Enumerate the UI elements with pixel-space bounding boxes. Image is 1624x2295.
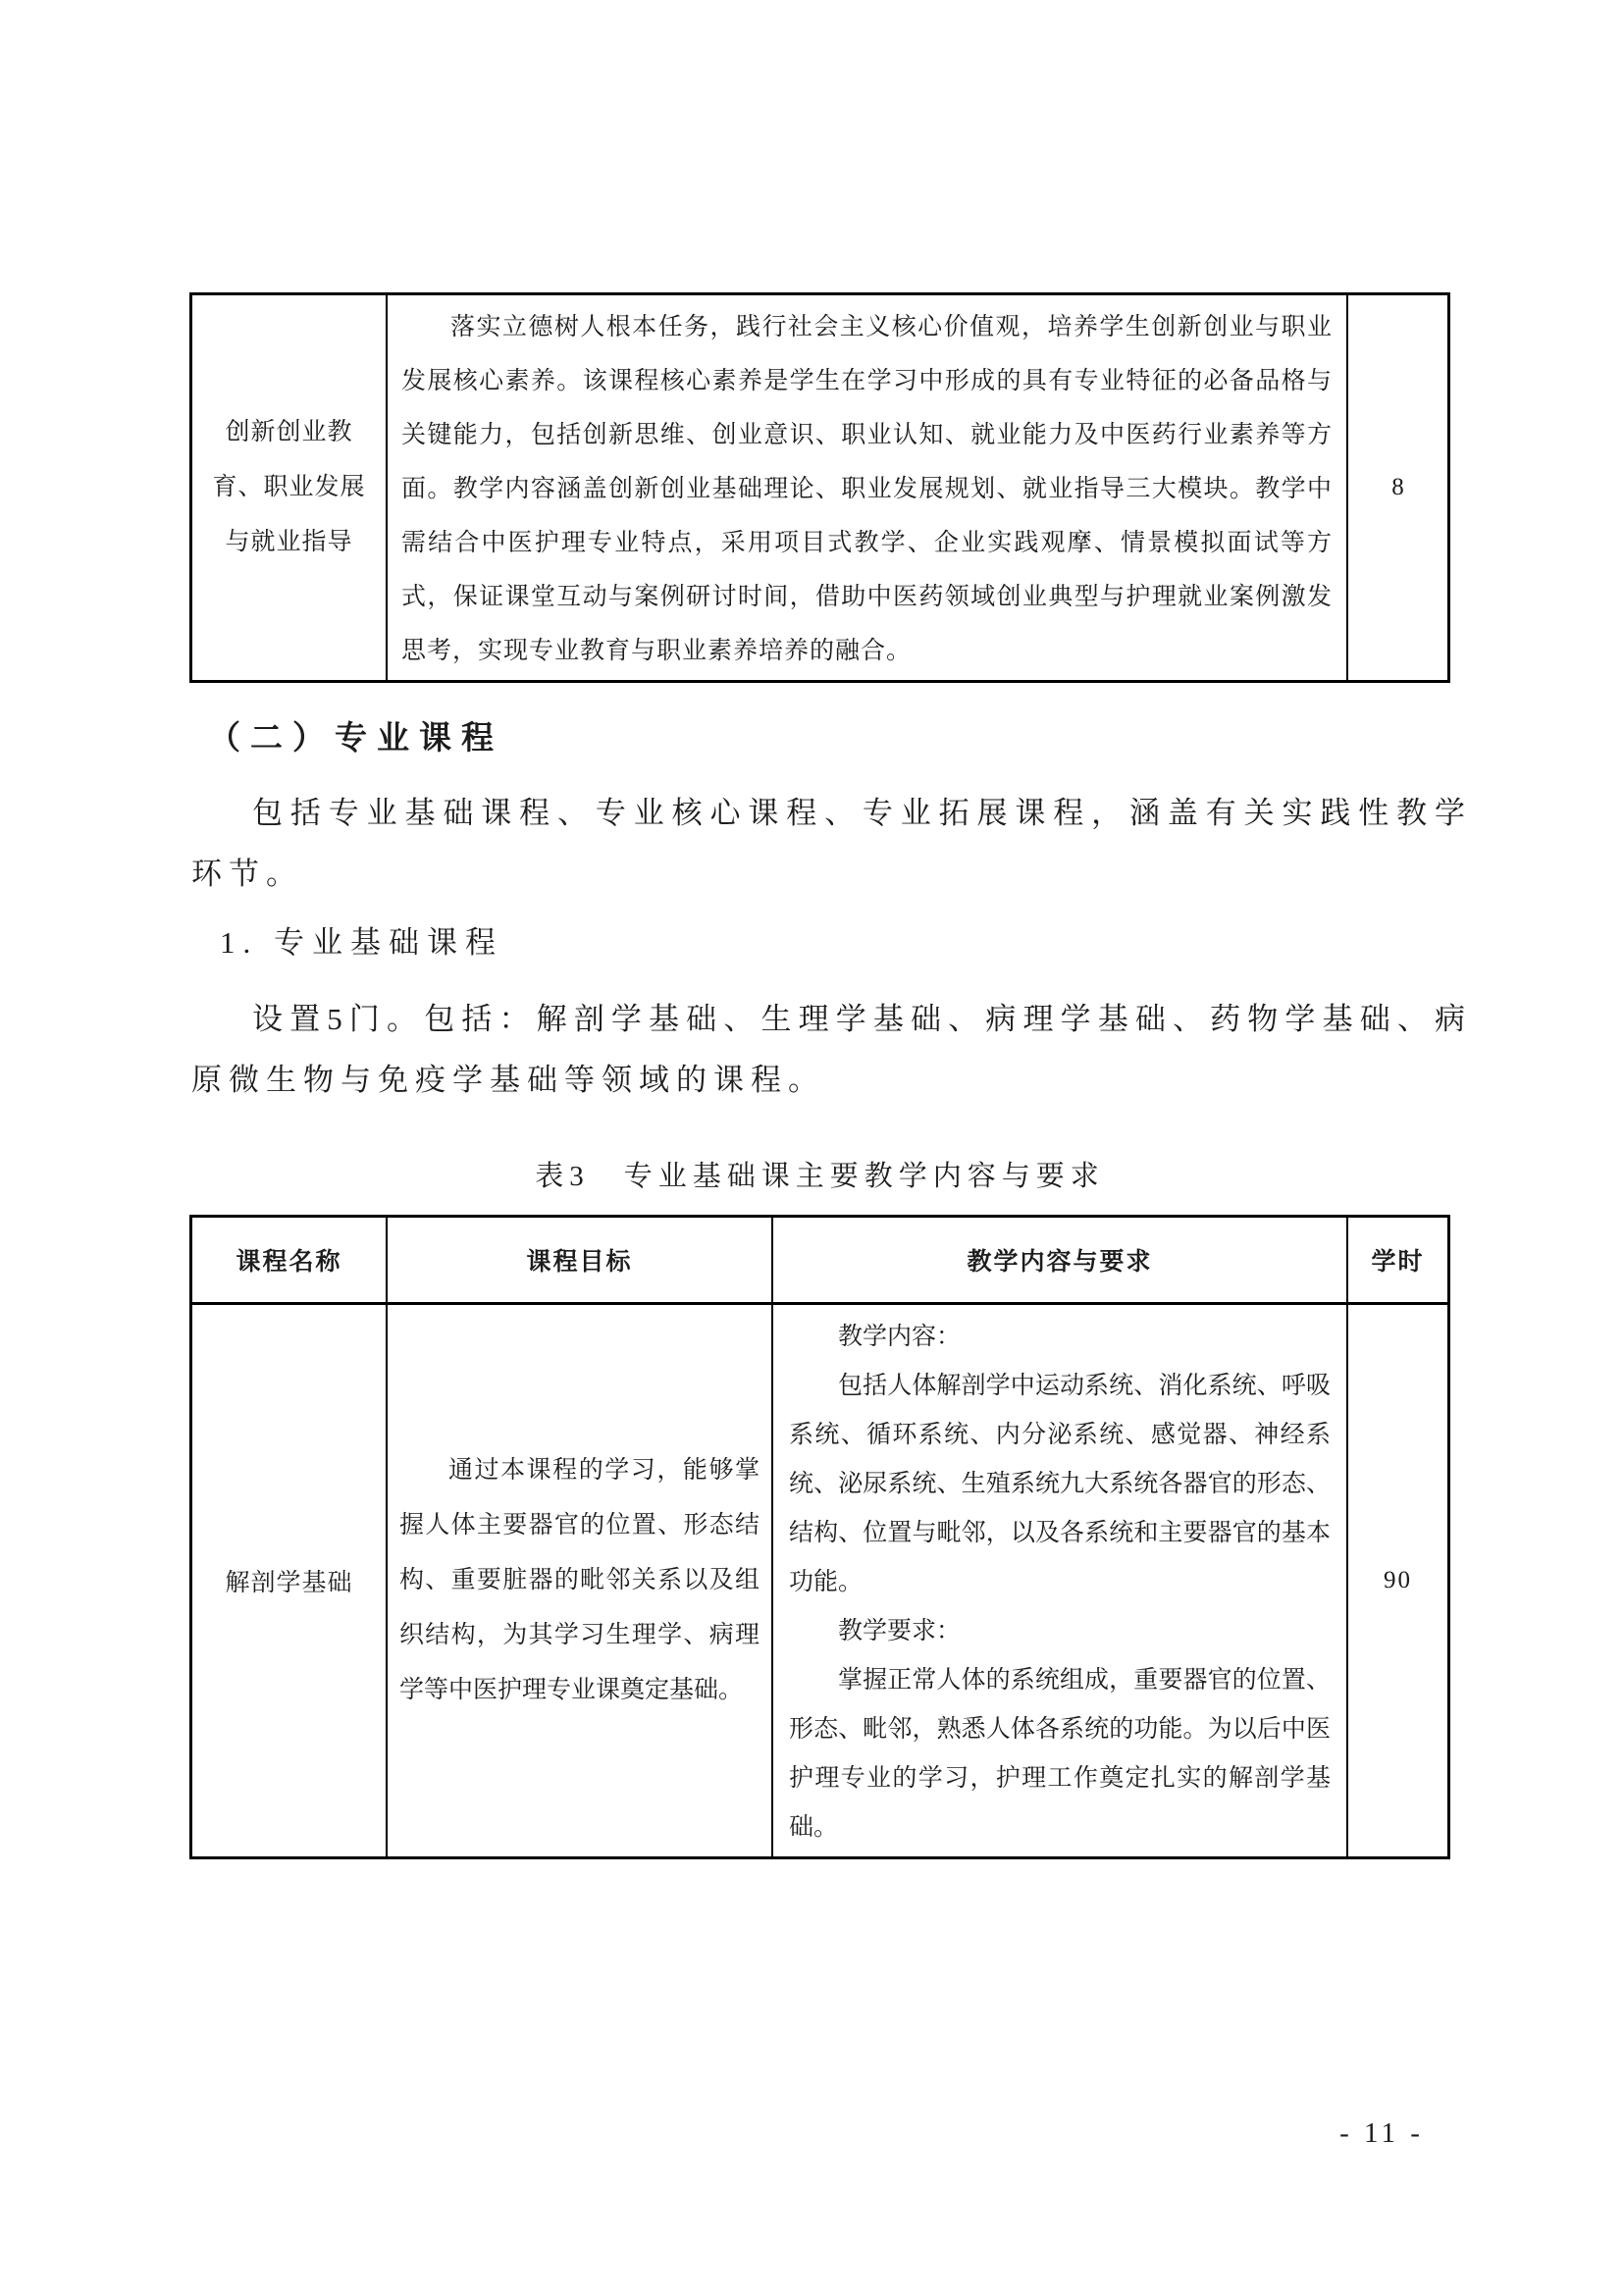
continued-course-table: 创新创业教 育、职业发展 与就业指导 落实立德树人根本任务，践行社会主义核心价值… <box>189 292 1450 683</box>
table-row: 创新创业教 育、职业发展 与就业指导 落实立德树人根本任务，践行社会主义核心价值… <box>192 295 1447 680</box>
table3-caption: 表3 专业基础课主要教学内容与要求 <box>189 1156 1450 1197</box>
course-name-line: 与就业指导 <box>225 515 352 570</box>
teaching-content-cell: 教学内容： 包括人体解剖学中运动系统、消化系统、呼吸系统、循环系统、内分泌系统、… <box>771 1305 1346 1856</box>
section-intro: 包括专业基础课程、专业核心课程、专业拓展课程，涵盖有关实践性教学环节。 <box>191 783 1472 905</box>
teaching-requirement-label: 教学要求： <box>789 1607 1331 1656</box>
table3-body-row: 解剖学基础 通过本课程的学习，能够掌握人体主要器官的位置、形态结构、重要脏器的毗… <box>192 1305 1447 1856</box>
course-description: 落实立德树人根本任务，践行社会主义核心价值观，培养学生创新创业与职业发展核心素养… <box>401 300 1333 678</box>
course-hours-cell: 8 <box>1346 295 1447 680</box>
subsection-heading: 1. 专业基础课程 <box>220 920 1397 965</box>
table3-header-row: 课程名称 课程目标 教学内容与要求 学时 <box>192 1218 1447 1305</box>
header-objective: 课程目标 <box>386 1218 771 1302</box>
subsection-intro: 设置5门。包括：解剖学基础、生理学基础、病理学基础、药物学基础、病原微生物与免疫… <box>191 989 1472 1111</box>
teaching-content-text: 包括人体解剖学中运动系统、消化系统、呼吸系统、循环系统、内分泌系统、感觉器、神经… <box>789 1362 1331 1607</box>
section-heading: （二）专业课程 <box>208 716 1386 761</box>
course-name-cell: 解剖学基础 <box>192 1305 386 1856</box>
teaching-requirement-text: 掌握正常人体的系统组成，重要器官的位置、形态、毗邻，熟悉人体各系统的功能。为以后… <box>789 1656 1331 1852</box>
course-hours-cell: 90 <box>1346 1305 1447 1856</box>
course-description-cell: 落实立德树人根本任务，践行社会主义核心价值观，培养学生创新创业与职业发展核心素养… <box>386 295 1346 680</box>
header-course-name: 课程名称 <box>192 1218 386 1302</box>
course-hours-value: 8 <box>1391 474 1404 501</box>
teaching-content-label: 教学内容： <box>789 1313 1331 1362</box>
header-content: 教学内容与要求 <box>771 1218 1346 1302</box>
header-hours: 学时 <box>1346 1218 1447 1302</box>
course-name-cell: 创新创业教 育、职业发展 与就业指导 <box>192 295 386 680</box>
table3: 课程名称 课程目标 教学内容与要求 学时 解剖学基础 通过本课程的学习，能够掌握… <box>189 1215 1450 1859</box>
course-name-line: 育、职业发展 <box>212 460 365 515</box>
course-name-line: 创新创业教 <box>225 405 352 460</box>
course-hours-value: 90 <box>1384 1567 1412 1594</box>
course-objective: 通过本课程的学习，能够掌握人体主要器官的位置、形态结构、重要脏器的毗邻关系以及组… <box>399 1443 760 1718</box>
page-number: - 11 - <box>1283 2117 1480 2150</box>
course-objective-cell: 通过本课程的学习，能够掌握人体主要器官的位置、形态结构、重要脏器的毗邻关系以及组… <box>386 1305 771 1856</box>
